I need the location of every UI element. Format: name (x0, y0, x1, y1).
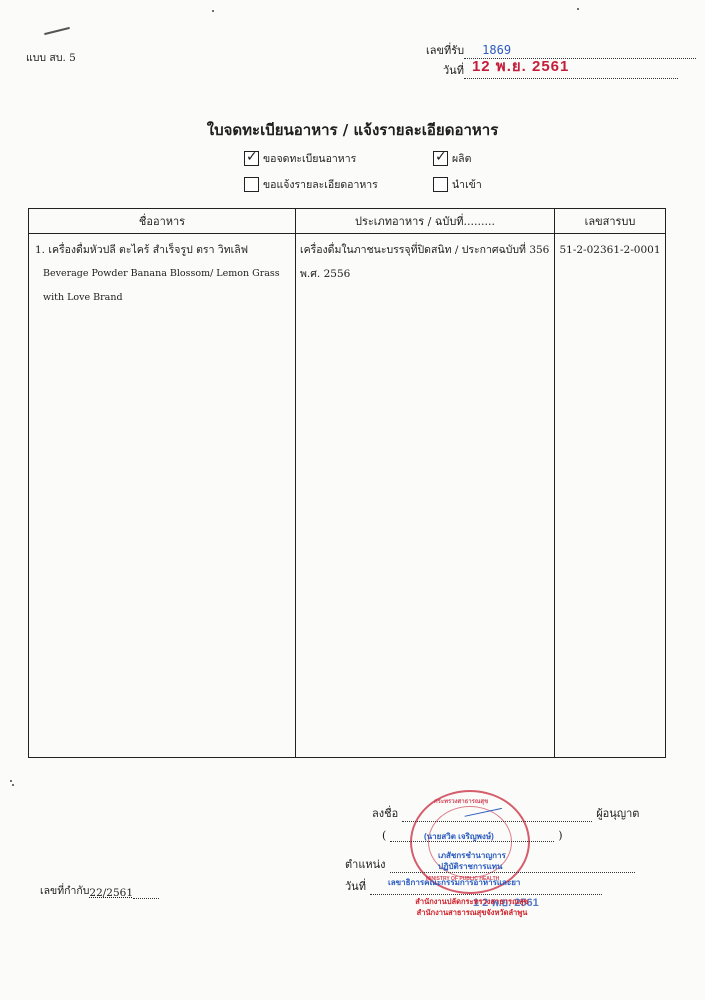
signer-name-stamp: (นายสวิต เจริญพงษ์) (424, 830, 494, 843)
receipt-date-line: 12 พ.ย. 2561 (464, 60, 678, 79)
form-code: แบบ สบ. 5 (26, 49, 76, 66)
food-type-cell: เครื่องดื่มในภาชนะบรรจุที่ปิดสนิท / ประก… (296, 234, 555, 758)
column-header-food-name: ชื่ออาหาร (29, 209, 296, 234)
check-icon: ✓ (435, 148, 447, 166)
sign-label: ลงชื่อ (372, 804, 398, 822)
column-header-registry-no: เลขสารบบ (555, 209, 666, 234)
option-label: ผลิต (452, 150, 471, 167)
option-label: ขอแจ้งรายละเอียดอาหาร (263, 176, 378, 193)
option-produce[interactable]: ✓ ผลิต (433, 150, 471, 167)
office-stamp-2: สำนักงานสาธารณสุขจังหวัดลำพูน (398, 907, 546, 919)
receipt-date-value: 12 พ.ย. 2561 (472, 54, 569, 78)
option-label: นำเข้า (452, 176, 482, 193)
scan-speck (212, 10, 214, 12)
check-icon: ✓ (246, 148, 258, 166)
option-label: ขอจดทะเบียนอาหาร (263, 150, 356, 167)
checkbox-import[interactable] (433, 177, 448, 192)
receipt-date-label: วันที่ (443, 61, 464, 79)
sign-date-label: วันที่ (345, 877, 366, 895)
document-title: ใบจดทะเบียนอาหาร / แจ้งรายละเอียดอาหาร (0, 118, 705, 142)
column-header-food-type: ประเภทอาหาร / ฉบับที่......... (296, 209, 555, 234)
food-type-line-2: พ.ศ. 2556 (300, 262, 550, 286)
food-name-thai: 1. เครื่องดื่มหัวปลี ตะไคร้ สำเร็จรูป ตร… (33, 238, 291, 262)
food-name-english-2: with Love Brand (33, 286, 291, 310)
sign-line (402, 809, 592, 822)
position-stamp-2: ปฏิบัติราชการแทน (438, 860, 502, 873)
control-number-row: เลขที่กำกับ 22/2561 (40, 882, 159, 899)
position-label: ตำแหน่ง (345, 855, 386, 873)
scan-speck (10, 780, 12, 782)
checkbox-produce[interactable]: ✓ (433, 151, 448, 166)
table-header-row: ชื่ออาหาร ประเภทอาหาร / ฉบับที่.........… (29, 209, 666, 234)
sign-row: ลงชื่อ ผู้อนุญาต (372, 804, 639, 822)
open-paren: ( (382, 829, 386, 842)
food-name-cell: 1. เครื่องดื่มหัวปลี ตะไคร้ สำเร็จรูป ตร… (29, 234, 296, 758)
food-type-line-1: เครื่องดื่มในภาชนะบรรจุที่ปิดสนิท / ประก… (300, 238, 550, 262)
food-name-english-1: Beverage Powder Banana Blossom/ Lemon Gr… (33, 262, 291, 286)
control-number-line (133, 888, 159, 899)
approver-label: ผู้อนุญาต (596, 804, 639, 822)
table-row: 1. เครื่องดื่มหัวปลี ตะไคร้ สำเร็จรูป ตร… (29, 234, 666, 758)
registry-number: 51-2-02361-2-0001 (559, 238, 661, 262)
receipt-number-label: เลขที่รับ (426, 41, 464, 59)
close-paren: ) (558, 829, 562, 842)
scan-speck (12, 784, 14, 786)
registry-no-cell: 51-2-02361-2-0001 (555, 234, 666, 758)
position-stamp-3: เลขาธิการคณะกรรมการอาหารและยา (388, 876, 520, 889)
food-registry-table: ชื่ออาหาร ประเภทอาหาร / ฉบับที่.........… (28, 208, 666, 758)
option-notify-details[interactable]: ขอแจ้งรายละเอียดอาหาร (244, 176, 378, 193)
control-number-value: 22/2561 (89, 887, 133, 899)
position-line (390, 860, 635, 873)
checkbox-notify-details[interactable] (244, 177, 259, 192)
option-import[interactable]: นำเข้า (433, 176, 482, 193)
checkbox-register-food[interactable]: ✓ (244, 151, 259, 166)
scan-speck (577, 8, 579, 10)
control-number-label: เลขที่กำกับ (40, 882, 89, 899)
option-register-food[interactable]: ✓ ขอจดทะเบียนอาหาร (244, 150, 356, 167)
receipt-date-row: วันที่ 12 พ.ย. 2561 (443, 60, 678, 79)
pen-mark (44, 27, 70, 35)
